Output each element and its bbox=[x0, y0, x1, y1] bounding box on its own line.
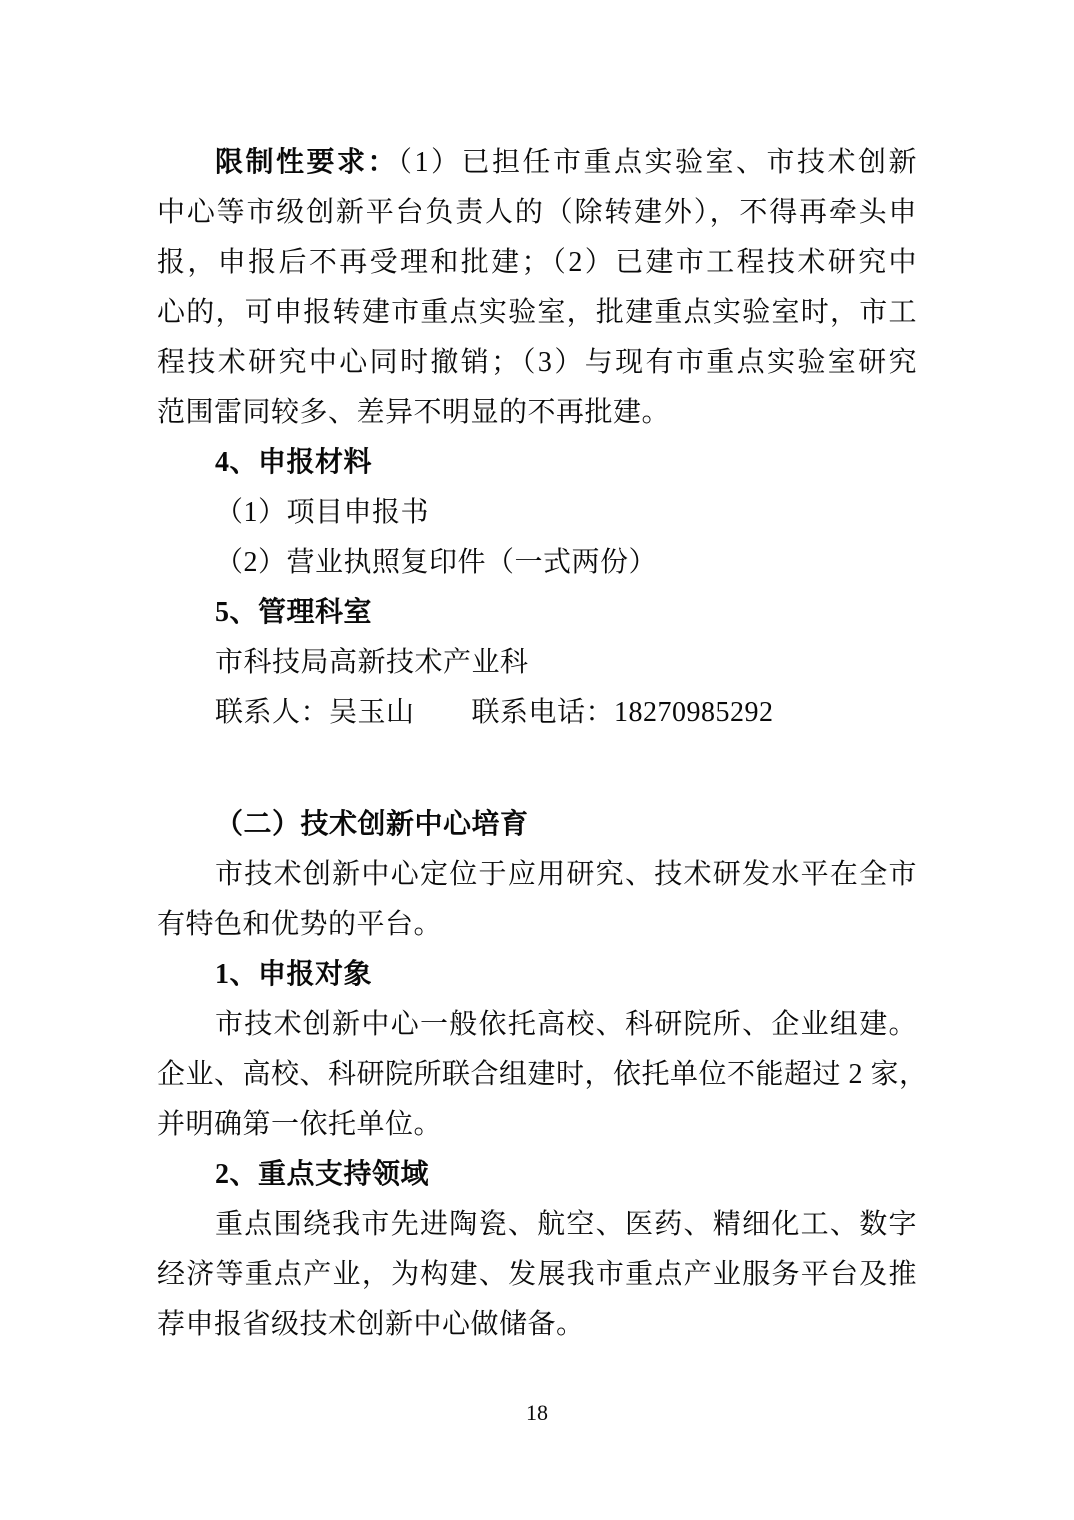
body-text-line: 重点围绕我市先进陶瓷、航空、医药、精细化工、数字 bbox=[157, 1200, 917, 1250]
paragraph-spacer bbox=[157, 738, 917, 800]
body-text-line: 报，申报后不再受理和批建；（2）已建市工程技术研究中 bbox=[157, 238, 917, 288]
body-text-line: 并明确第一依托单位。 bbox=[157, 1100, 917, 1150]
body-text-line: （1）项目申报书 bbox=[157, 488, 917, 538]
body-text-line: 范围雷同较多、差异不明显的不再批建。 bbox=[157, 388, 917, 438]
document-body: 限制性要求：（1）已担任市重点实验室、市技术创新中心等市级创新平台负责人的（除转… bbox=[157, 138, 917, 1350]
line-text: （1）已担任市重点实验室、市技术创新 bbox=[398, 147, 917, 178]
section-heading: 1、申报对象 bbox=[157, 950, 917, 1000]
bold-lead-text: 限制性要求： bbox=[215, 147, 398, 178]
body-text-line: 市科技局高新技术产业科 bbox=[157, 638, 917, 688]
body-text-line: 有特色和优势的平台。 bbox=[157, 900, 917, 950]
body-text-line: 限制性要求：（1）已担任市重点实验室、市技术创新 bbox=[157, 138, 917, 188]
body-text-line: 联系人：吴玉山 联系电话：18270985292 bbox=[157, 688, 917, 738]
section-heading: 2、重点支持领域 bbox=[157, 1150, 917, 1200]
page-number: 18 bbox=[0, 1398, 1074, 1428]
body-text-line: 市技术创新中心一般依托高校、科研院所、企业组建。 bbox=[157, 1000, 917, 1050]
body-text-line: 荐申报省级技术创新中心做储备。 bbox=[157, 1300, 917, 1350]
body-text-line: 中心等市级创新平台负责人的（除转建外），不得再牵头申 bbox=[157, 188, 917, 238]
body-text-line: （2）营业执照复印件（一式两份） bbox=[157, 538, 917, 588]
body-text-line: 程技术研究中心同时撤销；（3）与现有市重点实验室研究 bbox=[157, 338, 917, 388]
section-heading: 5、管理科室 bbox=[157, 588, 917, 638]
body-text-line: 经济等重点产业，为构建、发展我市重点产业服务平台及推 bbox=[157, 1250, 917, 1300]
section-heading: 4、申报材料 bbox=[157, 438, 917, 488]
body-text-line: 企业、高校、科研院所联合组建时，依托单位不能超过 2 家， bbox=[157, 1050, 917, 1100]
section-heading: （二）技术创新中心培育 bbox=[157, 800, 917, 850]
body-text-line: 心的，可申报转建市重点实验室，批建重点实验室时，市工 bbox=[157, 288, 917, 338]
body-text-line: 市技术创新中心定位于应用研究、技术研发水平在全市 bbox=[157, 850, 917, 900]
